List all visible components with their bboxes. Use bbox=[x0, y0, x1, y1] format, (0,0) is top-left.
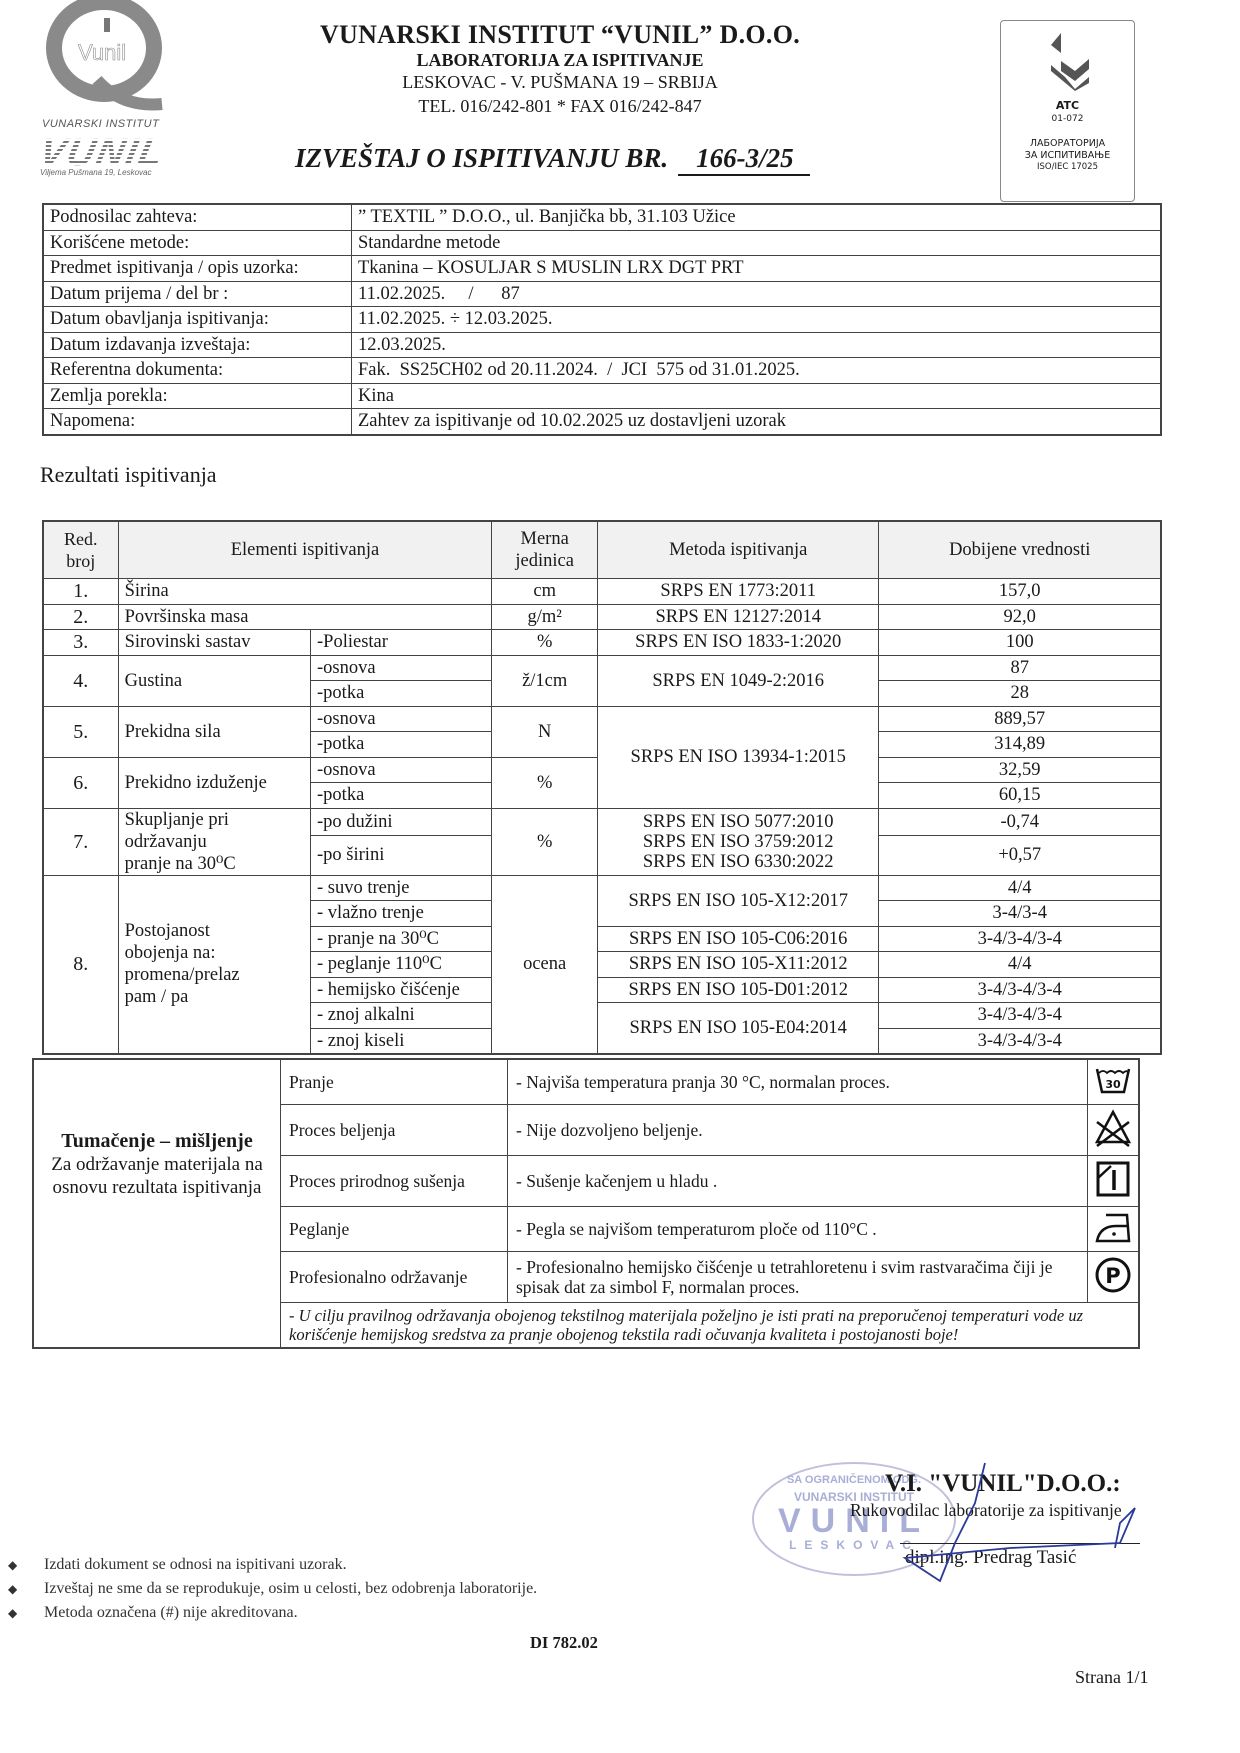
atc-lab-line1: ЛАБОРАТОРИЈА bbox=[1001, 138, 1134, 150]
row-value: 889,57 bbox=[879, 706, 1161, 732]
care-label: Profesionalno održavanje bbox=[281, 1252, 508, 1303]
info-value: Zahtev za ispitivanje od 10.02.2025 uz d… bbox=[352, 409, 1162, 435]
footnote: ◆Metoda označena (#) nije akreditovana. bbox=[8, 1601, 537, 1625]
row-sub: -po dužini bbox=[311, 808, 492, 835]
bullet-icon: ◆ bbox=[8, 1577, 44, 1601]
atc-lab-line2: ЗА ИСПИТИВАЊЕ bbox=[1001, 150, 1134, 162]
info-label: Podnosilac zahteva: bbox=[43, 204, 352, 230]
table-row: 1. Širina cm SRPS EN 1773:2011 157,0 bbox=[43, 579, 1161, 605]
info-value: 12.03.2025. bbox=[352, 332, 1162, 358]
care-text: - Sušenje kačenjem u hladu . bbox=[508, 1156, 1088, 1207]
row-method: SRPS EN 1773:2011 bbox=[598, 579, 879, 605]
lab-contact: TEL. 016/242-801 * FAX 016/242-847 bbox=[260, 96, 860, 117]
row-sub: - hemijsko čišćenje bbox=[311, 977, 492, 1003]
row-element-line: obojenja na: bbox=[125, 942, 304, 964]
info-label: Zemlja porekla: bbox=[43, 383, 352, 409]
row-unit: g/m² bbox=[492, 604, 598, 630]
care-text: - Najviša temperatura pranja 30 °C, norm… bbox=[508, 1059, 1088, 1105]
row-value: 314,89 bbox=[879, 732, 1161, 758]
col-value: Dobijene vrednosti bbox=[879, 521, 1161, 579]
info-label: Korišćene metode: bbox=[43, 230, 352, 256]
handwritten-signature-icon bbox=[850, 1458, 1150, 1588]
info-value: Fak. SS25CH02 od 20.11.2024. / JCI 575 o… bbox=[352, 358, 1162, 384]
row-value: 4/4 bbox=[879, 875, 1161, 901]
method-line: SRPS EN ISO 5077:2010 bbox=[604, 812, 872, 832]
row-method: SRPS EN ISO 5077:2010 SRPS EN ISO 3759:2… bbox=[598, 808, 879, 875]
row-num: 8. bbox=[43, 875, 118, 1054]
row-value: 100 bbox=[879, 630, 1161, 656]
row-num: 2. bbox=[43, 604, 118, 630]
row-value: 3-4/3-4 bbox=[879, 901, 1161, 927]
request-info-table: Podnosilac zahteva:” TEXTIL ” D.O.O., ul… bbox=[42, 203, 1162, 436]
row-value: 60,15 bbox=[879, 783, 1161, 809]
row-value: 157,0 bbox=[879, 579, 1161, 605]
logo-address: Viljema Pušmana 19, Leskovac bbox=[40, 168, 151, 177]
row-element: Površinska masa bbox=[118, 604, 492, 630]
footnote-text: Metoda označena (#) nije akreditovana. bbox=[44, 1604, 298, 1621]
report-title-text: IZVEŠTAJ O ISPITIVANJU BR. bbox=[295, 143, 668, 173]
footnote: ◆Izdati dokument se odnosi na ispitivani… bbox=[8, 1553, 537, 1577]
row-value: 92,0 bbox=[879, 604, 1161, 630]
row-sub: - pranje na 30⁰C bbox=[311, 926, 492, 952]
row-sub: - peglanje 110⁰C bbox=[311, 952, 492, 978]
bullet-icon: ◆ bbox=[8, 1601, 44, 1625]
row-sub: -osnova bbox=[311, 706, 492, 732]
col-element: Elementi ispitivanja bbox=[118, 521, 492, 579]
row-value: 87 bbox=[879, 655, 1161, 681]
info-value: Standardne metode bbox=[352, 230, 1162, 256]
row-unit: cm bbox=[492, 579, 598, 605]
row-element: Širina bbox=[118, 579, 492, 605]
row-unit: ž/1cm bbox=[492, 655, 598, 706]
info-value: ” TEXTIL ” D.O.O., ul. Banjička bb, 31.1… bbox=[352, 204, 1162, 230]
row-sub: - znoj kiseli bbox=[311, 1028, 492, 1054]
table-row: 5. Prekidna sila -osnova N SRPS EN ISO 1… bbox=[43, 706, 1161, 732]
method-line: SRPS EN ISO 3759:2012 bbox=[604, 832, 872, 852]
accreditation-badge: ATC 01-072 ЛАБОРАТОРИЈА ЗА ИСПИТИВАЊЕ IS… bbox=[1000, 20, 1135, 202]
row-unit: % bbox=[492, 757, 598, 808]
interpretation-subtitle: Za održavanje materijala na osnovu rezul… bbox=[42, 1153, 272, 1199]
line-dry-shade-icon bbox=[1088, 1156, 1140, 1207]
row-method: SRPS EN 12127:2014 bbox=[598, 604, 879, 630]
interpretation-table: Tumačenje – mišljenje Za održavanje mate… bbox=[32, 1058, 1140, 1349]
iron-low-icon bbox=[1088, 1207, 1140, 1252]
results-table: Red. broj Elementi ispitivanja Merna jed… bbox=[42, 520, 1162, 1055]
info-row: Podnosilac zahteva:” TEXTIL ” D.O.O., ul… bbox=[43, 204, 1161, 230]
care-text: - Nije dozvoljeno beljenje. bbox=[508, 1105, 1088, 1156]
row-element-line: Postojanost bbox=[125, 920, 304, 942]
care-row-washing: Tumačenje – mišljenje Za održavanje mate… bbox=[33, 1059, 1139, 1105]
interpretation-title: Tumačenje – mišljenje bbox=[61, 1130, 252, 1152]
row-sub: - suvo trenje bbox=[311, 875, 492, 901]
info-label: Napomena: bbox=[43, 409, 352, 435]
table-row: 8. Postojanost obojenja na: promena/prel… bbox=[43, 875, 1161, 901]
row-method: SRPS EN ISO 1833-1:2020 bbox=[598, 630, 879, 656]
care-label: Pranje bbox=[281, 1059, 508, 1105]
row-sub: -potka bbox=[311, 732, 492, 758]
care-note: - U cilju pravilnog održavanja obojenog … bbox=[281, 1303, 1140, 1349]
info-row: Korišćene metode:Standardne metode bbox=[43, 230, 1161, 256]
table-row: 3. Sirovinski sastav -Poliestar % SRPS E… bbox=[43, 630, 1161, 656]
info-value: 11.02.2025. / 87 bbox=[352, 281, 1162, 307]
row-method: SRPS EN ISO 105-X12:2017 bbox=[598, 875, 879, 926]
lab-address: LESKOVAC - V. PUŠMANA 19 – SRBIJA bbox=[260, 72, 860, 93]
row-method: SRPS EN ISO 105-D01:2012 bbox=[598, 977, 879, 1003]
report-number: 166-3/25 bbox=[678, 143, 810, 176]
row-unit: % bbox=[492, 808, 598, 875]
row-method: SRPS EN ISO 13934-1:2015 bbox=[598, 706, 879, 808]
atc-number: 01-072 bbox=[1001, 114, 1134, 124]
atc-code: ATC bbox=[1001, 99, 1134, 112]
info-row: Zemlja porekla:Kina bbox=[43, 383, 1161, 409]
row-value: +0,57 bbox=[879, 835, 1161, 875]
atc-logo-icon bbox=[1043, 31, 1093, 91]
info-value: 11.02.2025. ÷ 12.03.2025. bbox=[352, 307, 1162, 333]
care-label: Proces beljenja bbox=[281, 1105, 508, 1156]
row-value: 28 bbox=[879, 681, 1161, 707]
row-sub: -osnova bbox=[311, 655, 492, 681]
col-method: Metoda ispitivanja bbox=[598, 521, 879, 579]
institute-name: VUNARSKI INSTITUT “VUNIL” D.O.O. bbox=[260, 20, 860, 50]
vunil-q-logo: Vunil bbox=[42, 0, 172, 110]
info-row: Predmet ispitivanja / opis uzorka:Tkanin… bbox=[43, 256, 1161, 282]
col-num: Red. broj bbox=[43, 521, 118, 579]
table-row: 2. Površinska masa g/m² SRPS EN 12127:20… bbox=[43, 604, 1161, 630]
row-element: Skupljanje pri održavanju pranje na 30⁰C bbox=[118, 808, 310, 875]
table-row: 7. Skupljanje pri održavanju pranje na 3… bbox=[43, 808, 1161, 835]
info-row: Referentna dokumenta:Fak. SS25CH02 od 20… bbox=[43, 358, 1161, 384]
info-label: Referentna dokumenta: bbox=[43, 358, 352, 384]
row-method: SRPS EN 1049-2:2016 bbox=[598, 655, 879, 706]
document-code: DI 782.02 bbox=[530, 1633, 598, 1653]
footnote-text: Izdati dokument se odnosi na ispitivani … bbox=[44, 1556, 347, 1573]
row-sub: - vlažno trenje bbox=[311, 901, 492, 927]
row-value: -0,74 bbox=[879, 808, 1161, 835]
row-element: Postojanost obojenja na: promena/prelaz … bbox=[118, 875, 310, 1054]
info-row: Datum prijema / del br :11.02.2025. / 87 bbox=[43, 281, 1161, 307]
row-element: Prekidna sila bbox=[118, 706, 310, 757]
page-number: Strana 1/1 bbox=[1075, 1667, 1149, 1688]
method-line: SRPS EN ISO 6330:2022 bbox=[604, 852, 872, 872]
col-unit: Merna jedinica bbox=[492, 521, 598, 579]
row-element-line: pam / pa bbox=[125, 986, 304, 1008]
footnotes: ◆Izdati dokument se odnosi na ispitivani… bbox=[8, 1553, 537, 1625]
results-header-row: Red. broj Elementi ispitivanja Merna jed… bbox=[43, 521, 1161, 579]
row-element: Sirovinski sastav bbox=[118, 630, 310, 656]
dry-clean-p-icon: P bbox=[1088, 1252, 1140, 1303]
row-sub: -po širini bbox=[311, 835, 492, 875]
footnote: ◆Izveštaj ne sme da se reprodukuje, osim… bbox=[8, 1577, 537, 1601]
info-row: Datum obavljanja ispitivanja:11.02.2025.… bbox=[43, 307, 1161, 333]
logo-subtitle: VUNARSKI INSTITUT bbox=[42, 118, 192, 130]
row-sub: -potka bbox=[311, 681, 492, 707]
info-value: Tkanina – KOSULJAR S MUSLIN LRX DGT PRT bbox=[352, 256, 1162, 282]
row-element-line: promena/prelaz bbox=[125, 964, 304, 986]
row-unit: ocena bbox=[492, 875, 598, 1054]
row-sub: -Poliestar bbox=[311, 630, 492, 656]
row-method: SRPS EN ISO 105-E04:2014 bbox=[598, 1003, 879, 1055]
svg-text:30: 30 bbox=[1105, 1078, 1121, 1091]
row-element: Gustina bbox=[118, 655, 310, 706]
row-element-line: pranje na 30⁰C bbox=[125, 853, 304, 875]
row-num: 3. bbox=[43, 630, 118, 656]
results-heading: Rezultati ispitivanja bbox=[40, 462, 217, 488]
report-title: IZVEŠTAJ O ISPITIVANJU BR.166-3/25 bbox=[295, 143, 810, 176]
row-num: 5. bbox=[43, 706, 118, 757]
interpretation-heading: Tumačenje – mišljenje Za održavanje mate… bbox=[33, 1059, 281, 1348]
row-element-line: Skupljanje pri održavanju bbox=[125, 809, 304, 853]
row-method: SRPS EN ISO 105-C06:2016 bbox=[598, 926, 879, 952]
row-value: 32,59 bbox=[879, 757, 1161, 783]
row-sub: -osnova bbox=[311, 757, 492, 783]
wash-30-icon: 30 bbox=[1088, 1059, 1140, 1105]
row-element: Prekidno izduženje bbox=[118, 757, 310, 808]
row-sub: - znoj alkalni bbox=[311, 1003, 492, 1029]
row-unit: % bbox=[492, 630, 598, 656]
info-row: Napomena:Zahtev za ispitivanje od 10.02.… bbox=[43, 409, 1161, 435]
row-num: 6. bbox=[43, 757, 118, 808]
info-row: Datum izdavanja izveštaja:12.03.2025. bbox=[43, 332, 1161, 358]
lab-name: LABORATORIJA ZA ISPITIVANJE bbox=[260, 50, 860, 71]
row-num: 4. bbox=[43, 655, 118, 706]
row-sub: -potka bbox=[311, 783, 492, 809]
svg-text:Vunil: Vunil bbox=[78, 40, 126, 65]
info-value: Kina bbox=[352, 383, 1162, 409]
row-num: 1. bbox=[43, 579, 118, 605]
atc-standard: ISO/IEC 17025 bbox=[1001, 162, 1134, 172]
care-label: Proces prirodnog sušenja bbox=[281, 1156, 508, 1207]
info-label: Predmet ispitivanja / opis uzorka: bbox=[43, 256, 352, 282]
row-value: 4/4 bbox=[879, 952, 1161, 978]
bullet-icon: ◆ bbox=[8, 1553, 44, 1577]
row-num: 7. bbox=[43, 808, 118, 875]
row-value: 3-4/3-4/3-4 bbox=[879, 1003, 1161, 1029]
table-row: 4. Gustina -osnova ž/1cm SRPS EN 1049-2:… bbox=[43, 655, 1161, 681]
info-label: Datum obavljanja ispitivanja: bbox=[43, 307, 352, 333]
row-unit: N bbox=[492, 706, 598, 757]
info-label: Datum prijema / del br : bbox=[43, 281, 352, 307]
footnote-text: Izveštaj ne sme da se reprodukuje, osim … bbox=[44, 1580, 537, 1597]
care-text: - Profesionalno hemijsko čišćenje u tetr… bbox=[508, 1252, 1088, 1303]
svg-text:P: P bbox=[1105, 1264, 1120, 1288]
info-label: Datum izdavanja izveštaja: bbox=[43, 332, 352, 358]
care-text: - Pegla se najvišom temperaturom ploče o… bbox=[508, 1207, 1088, 1252]
no-bleach-icon bbox=[1088, 1105, 1140, 1156]
row-value: 3-4/3-4/3-4 bbox=[879, 926, 1161, 952]
row-method: SRPS EN ISO 105-X11:2012 bbox=[598, 952, 879, 978]
row-value: 3-4/3-4/3-4 bbox=[879, 1028, 1161, 1054]
row-value: 3-4/3-4/3-4 bbox=[879, 977, 1161, 1003]
care-label: Peglanje bbox=[281, 1207, 508, 1252]
